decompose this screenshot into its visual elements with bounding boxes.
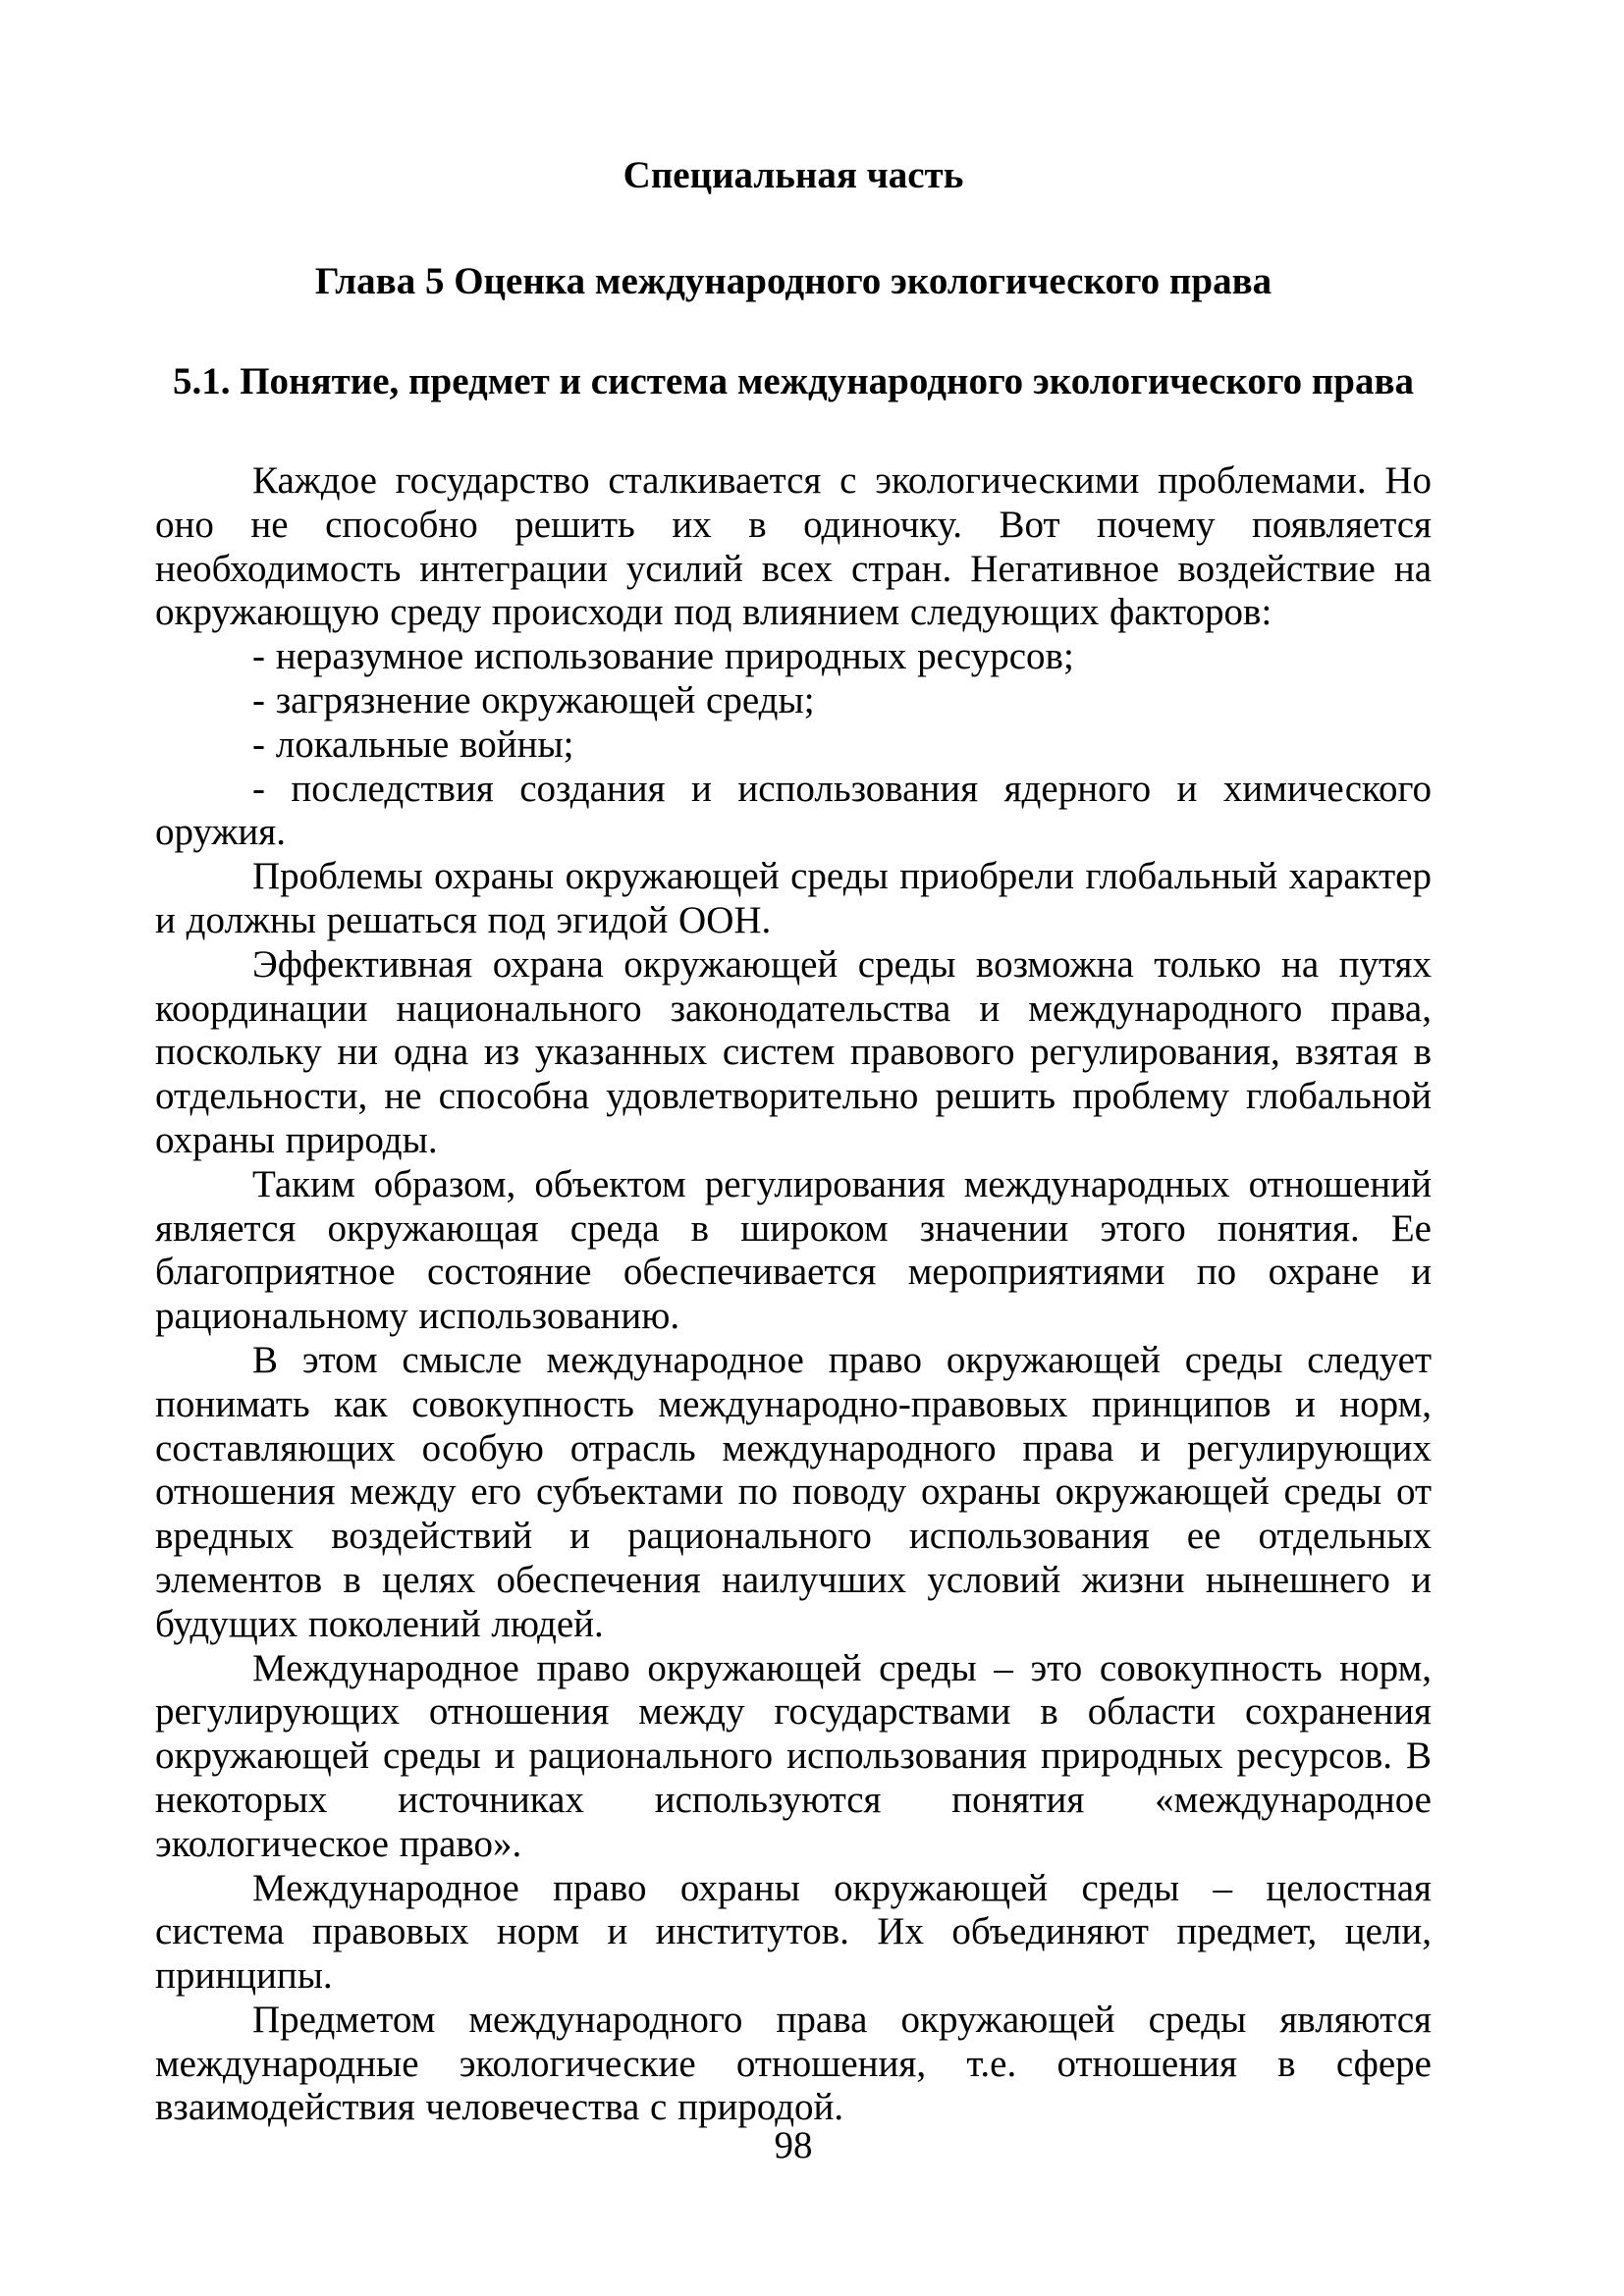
paragraph: Международное право окружающей среды – э… <box>155 1647 1432 1867</box>
paragraph: Таким образом, объектом регулирования ме… <box>155 1163 1432 1339</box>
paragraph: - локальные войны; <box>155 723 1432 768</box>
paragraph: Эффективная охрана окружающей среды возм… <box>155 943 1432 1163</box>
part-heading: Специальная часть <box>155 153 1432 197</box>
paragraph: - загрязнение окружающей среды; <box>155 679 1432 723</box>
page-number: 98 <box>155 2123 1432 2167</box>
paragraph: В этом смысле международное право окружа… <box>155 1339 1432 1647</box>
chapter-heading: Глава 5 Оценка международного экологичес… <box>155 259 1432 303</box>
text-column: Специальная часть Глава 5 Оценка междуна… <box>155 0 1432 2130</box>
paragraph: - последствия создания и использования я… <box>155 768 1432 856</box>
body-text: Каждое государство сталкивается с эколог… <box>155 459 1432 2130</box>
paragraph: Проблемы охраны окружающей среды приобре… <box>155 855 1432 943</box>
section-heading: 5.1. Понятие, предмет и система междунар… <box>155 359 1432 403</box>
document-page: Специальная часть Глава 5 Оценка междуна… <box>0 0 1624 2296</box>
paragraph: Каждое государство сталкивается с эколог… <box>155 459 1432 635</box>
paragraph: Предметом международного права окружающе… <box>155 1999 1432 2130</box>
paragraph: - неразумное использование природных рес… <box>155 635 1432 679</box>
paragraph: Международное право охраны окружающей ср… <box>155 1867 1432 1999</box>
